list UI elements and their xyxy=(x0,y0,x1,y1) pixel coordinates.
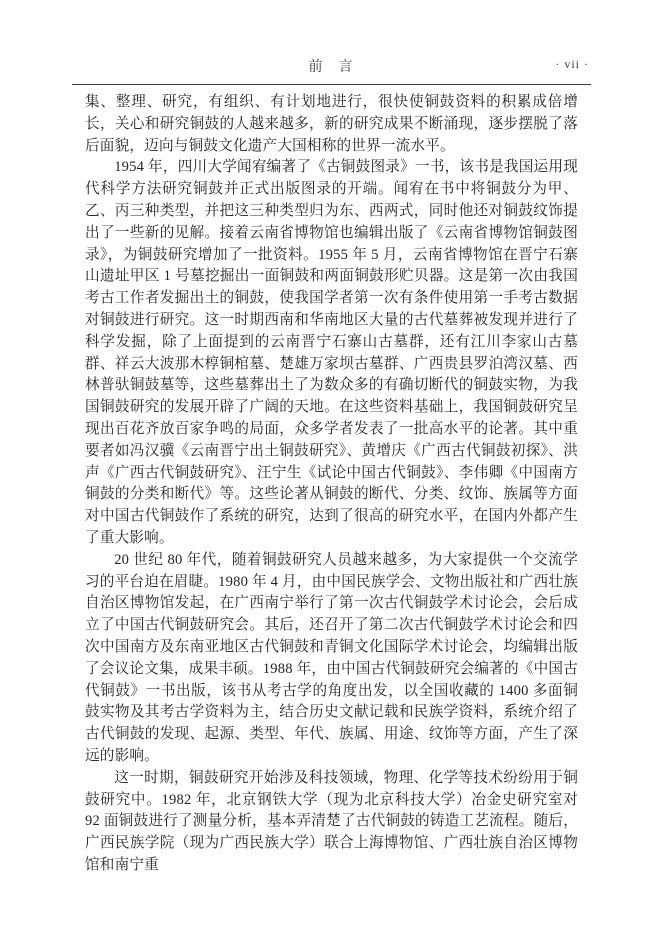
book-page: 前言 · vii · 集、整理、研究，有组织、有计划地进行，很快使铜鼓资料的积累… xyxy=(0,0,661,925)
paragraph: 20 世纪 80 年代，随着铜鼓研究人员越来越多，为大家提供一个交流学习的平台迫… xyxy=(85,550,578,768)
paragraph-continuation: 集、整理、研究，有组织、有计划地进行，很快使铜鼓资料的积累成倍增长，关心和研究铜… xyxy=(85,92,578,157)
paragraph: 1954 年，四川大学闻宥编著了《古铜鼓图录》一书，该书是我国运用现代科学方法研… xyxy=(85,157,578,549)
paragraph: 这一时期，铜鼓研究开始涉及科技领域，物理、化学等技术纷纷用于铜鼓研究中。1982… xyxy=(85,768,578,877)
body-text: 集、整理、研究，有组织、有计划地进行，很快使铜鼓资料的积累成倍增长，关心和研究铜… xyxy=(85,92,578,877)
header-rule xyxy=(72,84,591,85)
page-number: · vii · xyxy=(555,57,589,72)
running-head: 前言 · vii · xyxy=(72,56,589,78)
chapter-title: 前言 xyxy=(72,56,589,76)
